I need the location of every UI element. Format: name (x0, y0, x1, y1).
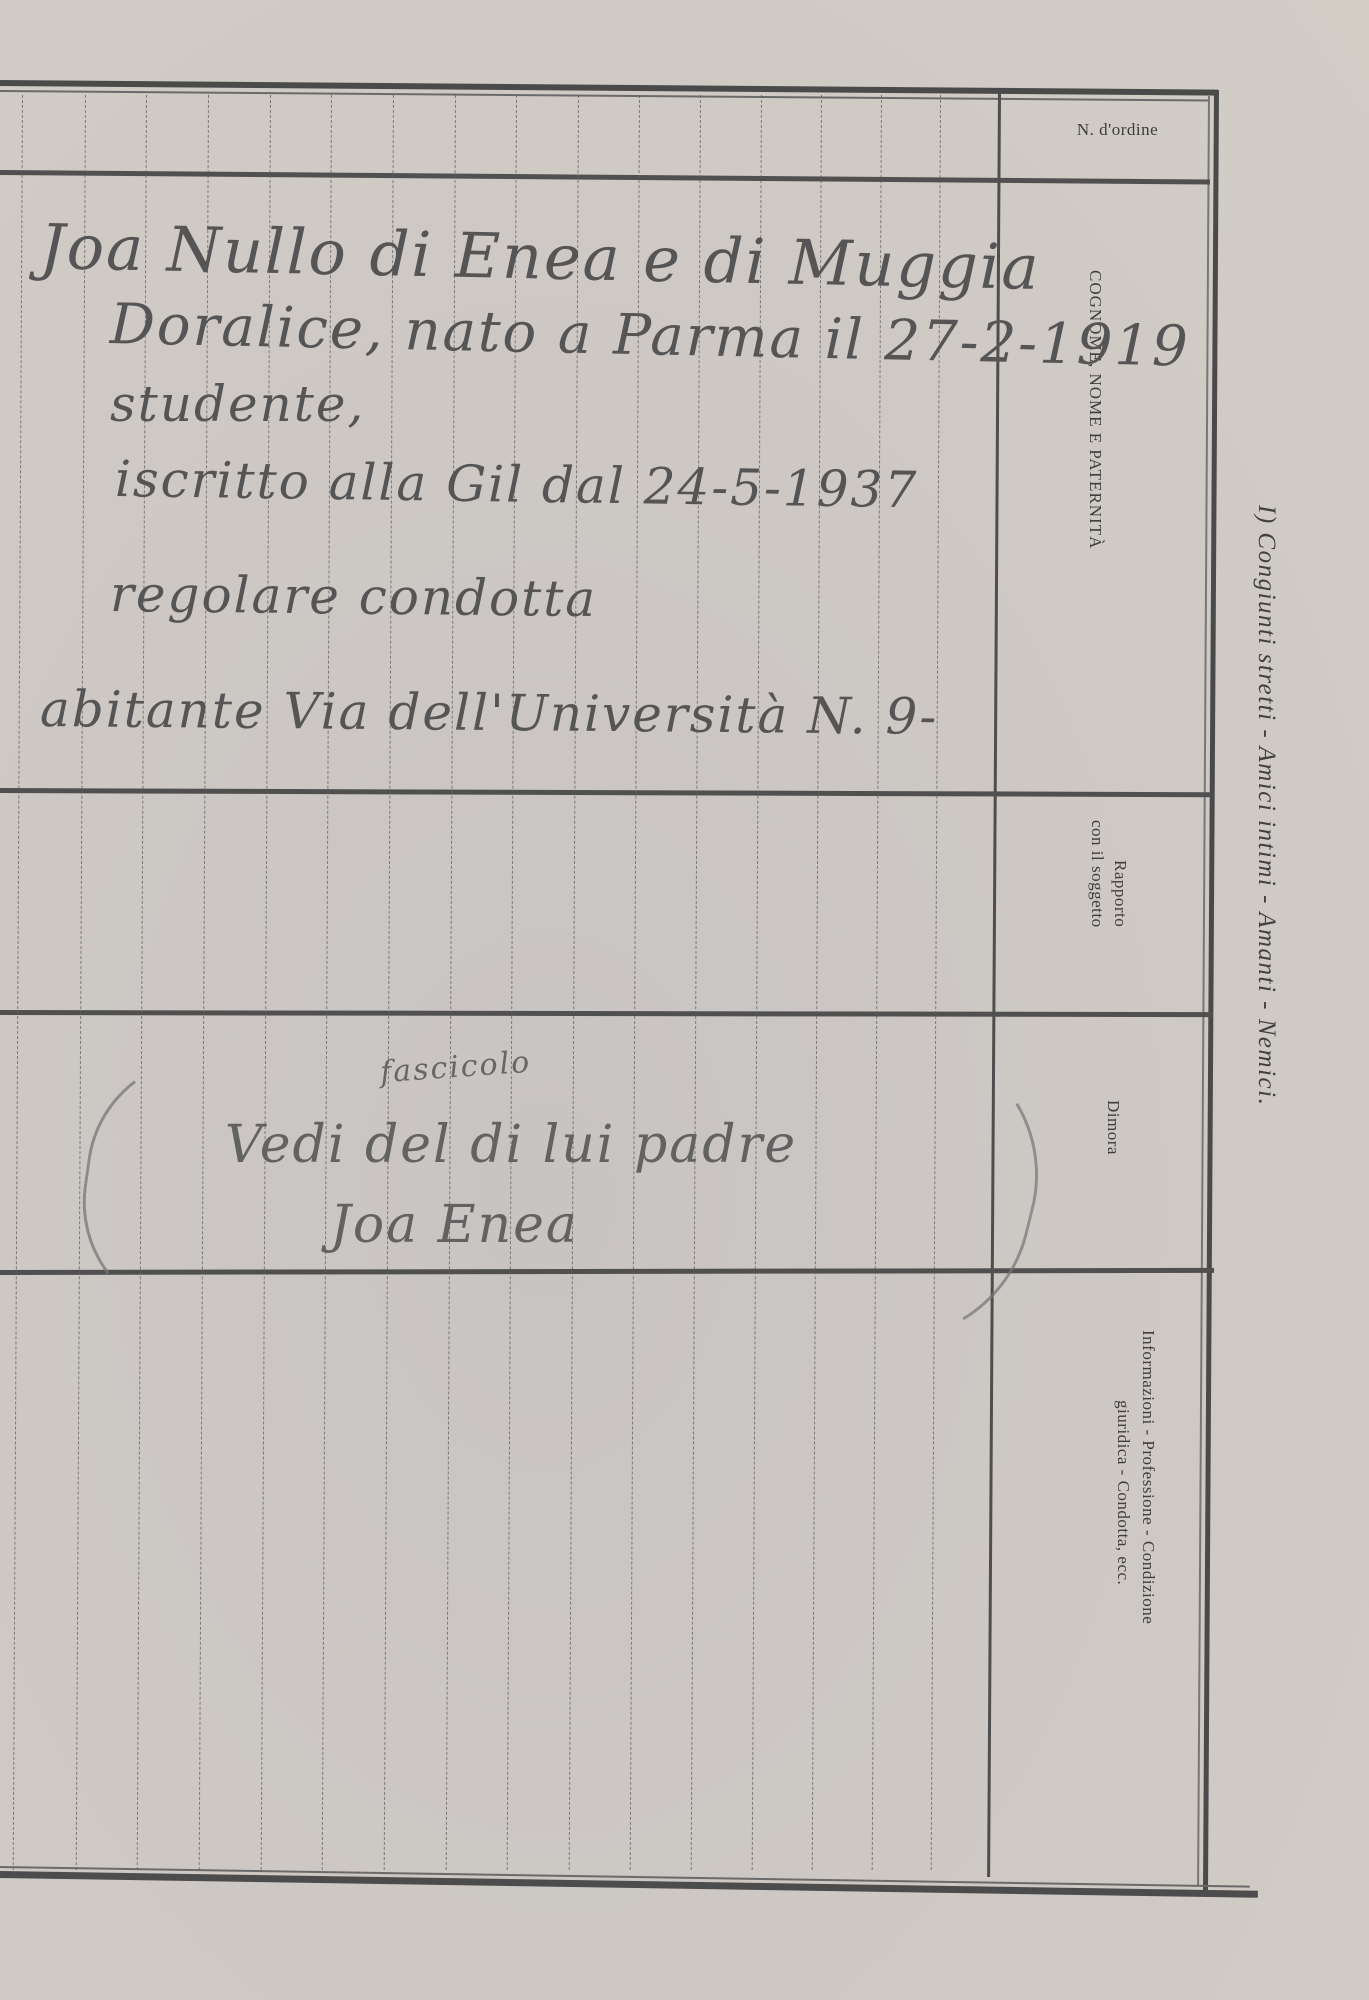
handwritten-note-line: Joa Enea (330, 1195, 579, 1255)
dotted-guide (199, 95, 209, 1870)
handwritten-conduct-line: regolare condotta (110, 565, 598, 628)
dotted-guide (76, 95, 86, 1870)
column-label-dimora: Dimora (1103, 1100, 1123, 1155)
column-label-rapporto-line1: Rapporto (1110, 860, 1130, 927)
dotted-guide (137, 95, 147, 1870)
handwritten-note-line: Vedi del di lui padre (225, 1115, 797, 1175)
column-label-rapporto-line2: con il soggetto (1087, 820, 1107, 928)
document-page: N. d'ordine COGNOME, NOME E PATERNITÀ Ra… (0, 0, 1369, 2000)
handwritten-gil-line: iscritto alla Gil dal 24-5-1937 (115, 450, 919, 519)
n-ordine-label: N. d'ordine (1030, 120, 1205, 140)
row-divider-header (0, 170, 1210, 185)
handwritten-address-line: abitante Via dell'Università N. 9- (40, 680, 939, 746)
pencil-parenthesis-left (67, 1041, 256, 1326)
section-title: I) Congiunti stretti - Amici intimi - Am… (1252, 505, 1280, 1106)
handwritten-note-superscript: fascicolo (379, 1045, 532, 1090)
column-label-informazioni-line2: giuridica - Condotta, ecc. (1113, 1400, 1133, 1585)
handwritten-birth-line: Doralice, nato a Parma il 27-2-1919 (109, 292, 1190, 380)
dotted-guide (13, 95, 23, 1870)
row-divider-rapporto (0, 1010, 1213, 1017)
handwritten-name-line: Joa Nullo di Enea e di Muggia (39, 210, 1041, 304)
row-divider-cognome (0, 788, 1212, 797)
column-label-informazioni-line1: Informazioni - Professione - Condizione (1138, 1330, 1158, 1624)
handwritten-occupation-line: studente, (110, 375, 365, 433)
pencil-parenthesis-right (845, 1036, 1067, 1370)
dotted-guide (261, 95, 271, 1870)
